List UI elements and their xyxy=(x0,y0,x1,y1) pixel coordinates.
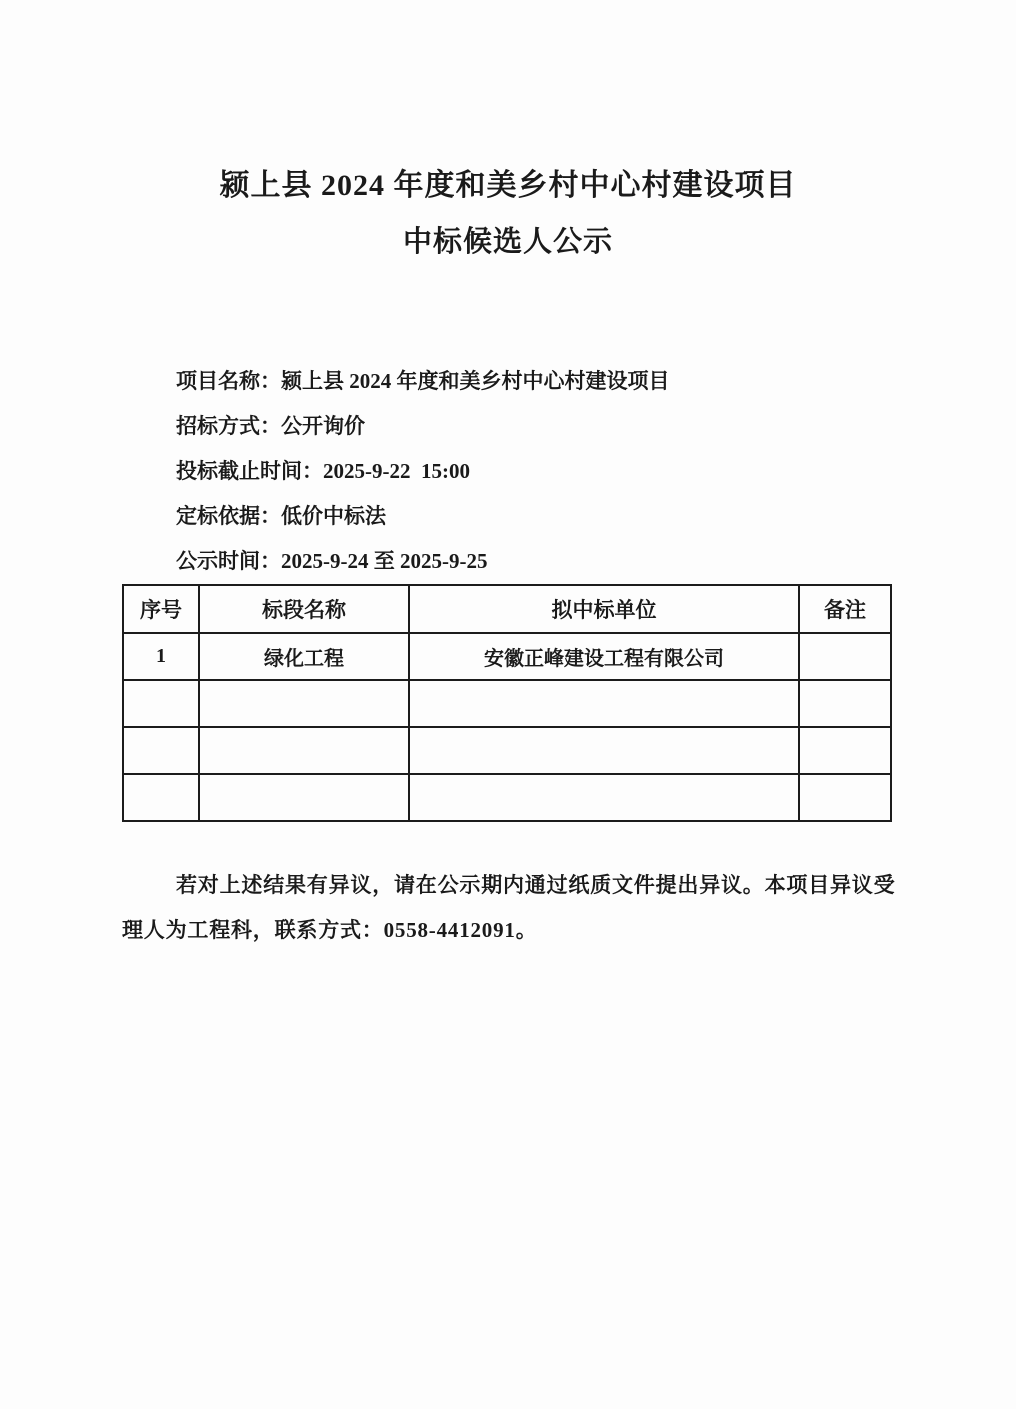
table-cell-winner xyxy=(409,774,799,821)
table-cell-remark xyxy=(799,774,891,821)
table-cell-serial xyxy=(123,774,199,821)
table-cell-section xyxy=(199,680,409,727)
table-cell-section xyxy=(199,727,409,774)
table-cell-remark xyxy=(799,633,891,680)
info-label: 公示时间： xyxy=(176,549,281,573)
table-cell-section xyxy=(199,774,409,821)
table-cell-serial xyxy=(123,680,199,727)
table-header-row: 序号 标段名称 拟中标单位 备注 xyxy=(123,585,891,633)
info-value: 颍上县 2024 年度和美乡村中心村建设项目 xyxy=(281,369,670,393)
table-row xyxy=(123,727,891,774)
project-info-block: 项目名称：颍上县 2024 年度和美乡村中心村建设项目 招标方式：公开询价 投标… xyxy=(176,359,1016,584)
table-cell-remark xyxy=(799,680,891,727)
document-title: 颍上县 2024 年度和美乡村中心村建设项目 中标候选人公示 xyxy=(0,0,1016,260)
col-header-serial-number: 序号 xyxy=(123,585,199,633)
info-line-bid-deadline: 投标截止时间：2025-9-22 15:00 xyxy=(176,449,1016,494)
col-header-remarks: 备注 xyxy=(799,585,891,633)
table-cell-remark xyxy=(799,727,891,774)
info-value: 公开询价 xyxy=(281,414,365,438)
info-label: 定标依据： xyxy=(176,504,281,528)
info-line-bidding-method: 招标方式：公开询价 xyxy=(176,404,1016,449)
info-label: 投标截止时间： xyxy=(176,459,323,483)
objection-notice: 若对上述结果有异议，请在公示期内通过纸质文件提出异议。本项目异议受 理人为工程科… xyxy=(122,863,900,953)
document-title-line1: 颍上县 2024 年度和美乡村中心村建设项目 xyxy=(0,168,1016,204)
info-value: 低价中标法 xyxy=(281,504,386,528)
objection-notice-line1: 若对上述结果有异议，请在公示期内通过纸质文件提出异议。本项目异议受 xyxy=(122,863,900,908)
objection-notice-line2: 理人为工程科，联系方式：0558-4412091。 xyxy=(122,908,900,953)
info-value: 2025-9-24 至 2025-9-25 xyxy=(281,549,487,573)
info-line-award-basis: 定标依据：低价中标法 xyxy=(176,494,1016,539)
info-line-publicity-period: 公示时间：2025-9-24 至 2025-9-25 xyxy=(176,539,1016,584)
document-page: 颍上县 2024 年度和美乡村中心村建设项目 中标候选人公示 项目名称：颍上县 … xyxy=(0,0,1016,1409)
table-cell-serial xyxy=(123,727,199,774)
table-cell-section: 绿化工程 xyxy=(199,633,409,680)
table-row xyxy=(123,680,891,727)
table-cell-serial: 1 xyxy=(123,633,199,680)
table-cell-winner xyxy=(409,727,799,774)
info-label: 招标方式： xyxy=(176,414,281,438)
info-label: 项目名称： xyxy=(176,369,281,393)
info-value: 2025-9-22 15:00 xyxy=(323,459,470,483)
info-line-project-name: 项目名称：颍上县 2024 年度和美乡村中心村建设项目 xyxy=(176,359,1016,404)
col-header-proposed-winner: 拟中标单位 xyxy=(409,585,799,633)
col-header-section-name: 标段名称 xyxy=(199,585,409,633)
table-row: 1 绿化工程 安徽正峰建设工程有限公司 xyxy=(123,633,891,680)
table-row xyxy=(123,774,891,821)
document-title-line2: 中标候选人公示 xyxy=(0,224,1016,260)
table-cell-winner xyxy=(409,680,799,727)
bid-results-table: 序号 标段名称 拟中标单位 备注 1 绿化工程 安徽正峰建设工程有限公司 xyxy=(122,584,892,822)
table-cell-winner: 安徽正峰建设工程有限公司 xyxy=(409,633,799,680)
